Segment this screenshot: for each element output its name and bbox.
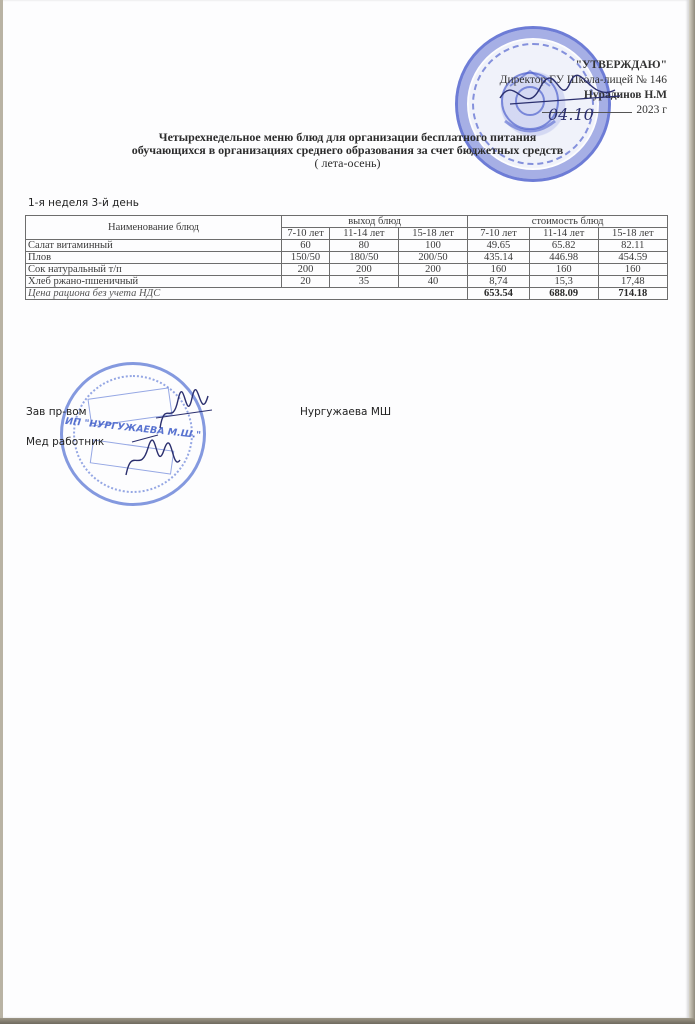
header-cost-age: 15-18 лет [598, 228, 667, 240]
signature-icon [118, 430, 188, 485]
approval-year: 2023 г [636, 104, 667, 116]
yield-cell: 200/50 [398, 252, 467, 264]
total-label: Цена рациона без учета НДС [26, 288, 468, 300]
table-row: Салат витаминный 60 80 100 49.65 65.82 8… [26, 240, 668, 252]
header-cost: стоимость блюд [468, 216, 668, 228]
document-title: Четырехнедельное меню блюд для организац… [0, 131, 695, 170]
total-cost-cell: 688.09 [529, 288, 598, 300]
menu-table: Наименование блюд выход блюд стоимость б… [25, 215, 668, 300]
table-row: Плов 150/50 180/50 200/50 435.14 446.98 … [26, 252, 668, 264]
header-cost-age: 11-14 лет [529, 228, 598, 240]
table-row: Сок натуральный т/п 200 200 200 160 160 … [26, 264, 668, 276]
svg-text:04.10: 04.10 [548, 105, 594, 124]
dish-name: Плов [26, 252, 282, 264]
yield-cell: 180/50 [330, 252, 399, 264]
cost-cell: 49.65 [468, 240, 530, 252]
page-edge-bottom [0, 1018, 695, 1024]
header-yield-age: 15-18 лет [398, 228, 467, 240]
cost-cell: 160 [468, 264, 530, 276]
yield-cell: 80 [330, 240, 399, 252]
cost-cell: 454.59 [598, 252, 667, 264]
cost-cell: 435.14 [468, 252, 530, 264]
cost-cell: 82.11 [598, 240, 667, 252]
yield-cell: 200 [398, 264, 467, 276]
manager-label: Зав пр-вом [26, 406, 87, 418]
yield-cell: 60 [282, 240, 330, 252]
yield-cell: 200 [282, 264, 330, 276]
total-cost-cell: 653.54 [468, 288, 530, 300]
yield-cell: 100 [398, 240, 467, 252]
yield-cell: 35 [330, 276, 399, 288]
signature-icon: 04.10 [490, 68, 630, 128]
dish-name: Сок натуральный т/п [26, 264, 282, 276]
cost-cell: 15,3 [529, 276, 598, 288]
medic-label: Мед работник [26, 436, 104, 448]
cost-cell: 160 [529, 264, 598, 276]
dish-name: Салат витаминный [26, 240, 282, 252]
cost-cell: 8,74 [468, 276, 530, 288]
dish-name: Хлеб ржано-пшеничный [26, 276, 282, 288]
cost-cell: 65.82 [529, 240, 598, 252]
table-row: Хлеб ржано-пшеничный 20 35 40 8,74 15,3 … [26, 276, 668, 288]
cost-cell: 446.98 [529, 252, 598, 264]
header-yield-age: 11-14 лет [330, 228, 399, 240]
week-day-label: 1-я неделя 3-й день [28, 197, 139, 209]
title-season: ( лета-осень) [0, 157, 695, 170]
header-cost-age: 7-10 лет [468, 228, 530, 240]
yield-cell: 40 [398, 276, 467, 288]
header-yield-age: 7-10 лет [282, 228, 330, 240]
yield-cell: 20 [282, 276, 330, 288]
yield-cell: 200 [330, 264, 399, 276]
header-yield: выход блюд [282, 216, 468, 228]
yield-cell: 150/50 [282, 252, 330, 264]
header-dish-name: Наименование блюд [26, 216, 282, 240]
cost-cell: 160 [598, 264, 667, 276]
total-cost-cell: 714.18 [598, 288, 667, 300]
table-header-row: Наименование блюд выход блюд стоимость б… [26, 216, 668, 228]
manager-name: Нургужаева МШ [300, 406, 391, 418]
cost-cell: 17,48 [598, 276, 667, 288]
table-total-row: Цена рациона без учета НДС 653.54 688.09… [26, 288, 668, 300]
